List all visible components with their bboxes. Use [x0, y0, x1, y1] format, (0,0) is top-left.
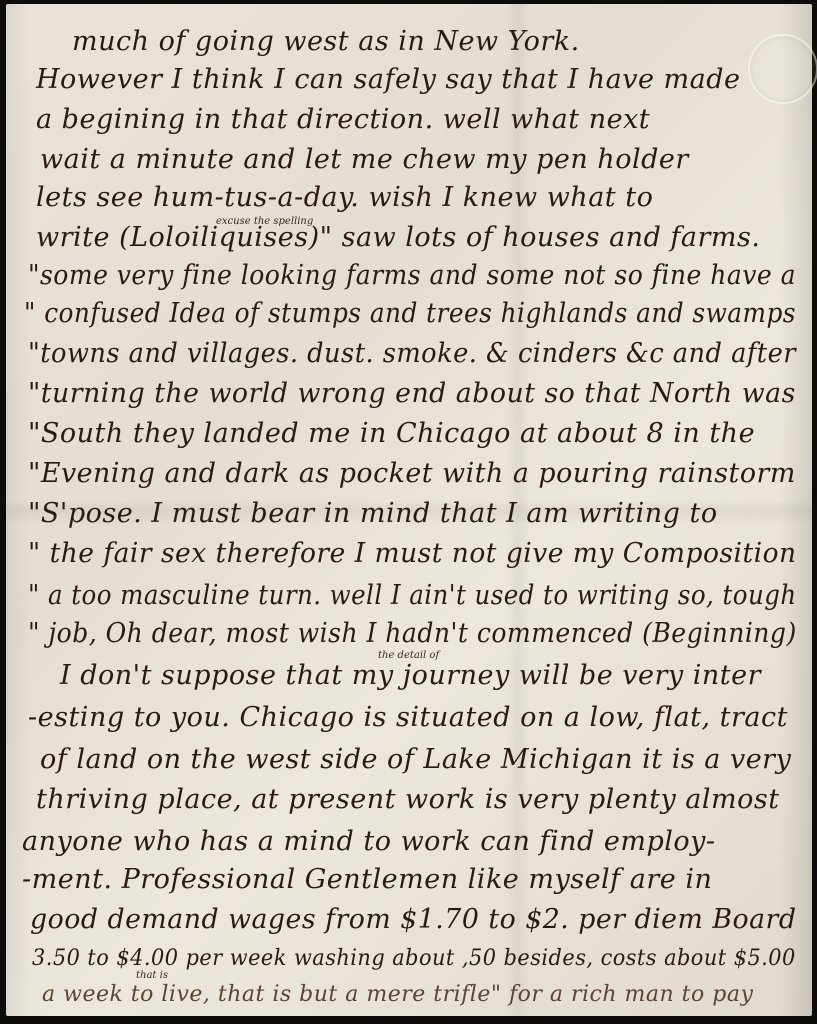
- embossed-seal: [748, 34, 817, 104]
- letter-line: lets see hum-tus-a-day. wish I knew what…: [36, 182, 653, 213]
- letter-line: " a too masculine turn. well I ain't use…: [28, 580, 797, 611]
- letter-line: anyone who has a mind to work can find e…: [22, 826, 716, 857]
- letter-line: much of going west as in New York.: [72, 26, 580, 57]
- letter-line: wait a minute and let me chew my pen hol…: [40, 144, 689, 175]
- letter-line: 3.50 to $4.00 per week washing about ,50…: [32, 946, 796, 971]
- letter-line: a week to live, that is but a mere trifl…: [42, 982, 753, 1007]
- letter-line: good demand wages from $1.70 to $2. per …: [30, 904, 796, 935]
- interlinear-note: that is: [136, 970, 168, 981]
- letter-line: of land on the west side of Lake Michiga…: [40, 744, 791, 775]
- letter-line: -esting to you. Chicago is situated on a…: [28, 702, 788, 733]
- letter-line: "towns and villages. dust. smoke. & cind…: [28, 338, 796, 369]
- letter-line: "some very fine looking farms and some n…: [28, 260, 796, 291]
- letter-line: thriving place, at present work is very …: [36, 784, 780, 815]
- letter-line: However I think I can safely say that I …: [36, 64, 740, 95]
- letter-line: write (Loloiliquises)" saw lots of house…: [36, 222, 760, 253]
- letter-line: " the fair sex therefore I must not give…: [28, 538, 797, 569]
- letter-line: -ment. Professional Gentlemen like mysel…: [22, 864, 712, 895]
- letter-line: "South they landed me in Chicago at abou…: [28, 418, 755, 449]
- letter-line: a begining in that direction. well what …: [36, 104, 650, 135]
- letter-line: "S'pose. I must bear in mind that I am w…: [28, 498, 718, 529]
- letter-line: " job, Oh dear, most wish I hadn't comme…: [28, 618, 797, 649]
- letter-line: I don't suppose that my journey will be …: [60, 660, 761, 691]
- letter-line: "turning the world wrong end about so th…: [28, 378, 796, 409]
- letter-line: "Evening and dark as pocket with a pouri…: [28, 458, 796, 489]
- letter-line: " confused Idea of stumps and trees high…: [24, 298, 796, 329]
- letter-page: much of going west as in New York. Howev…: [6, 4, 812, 1016]
